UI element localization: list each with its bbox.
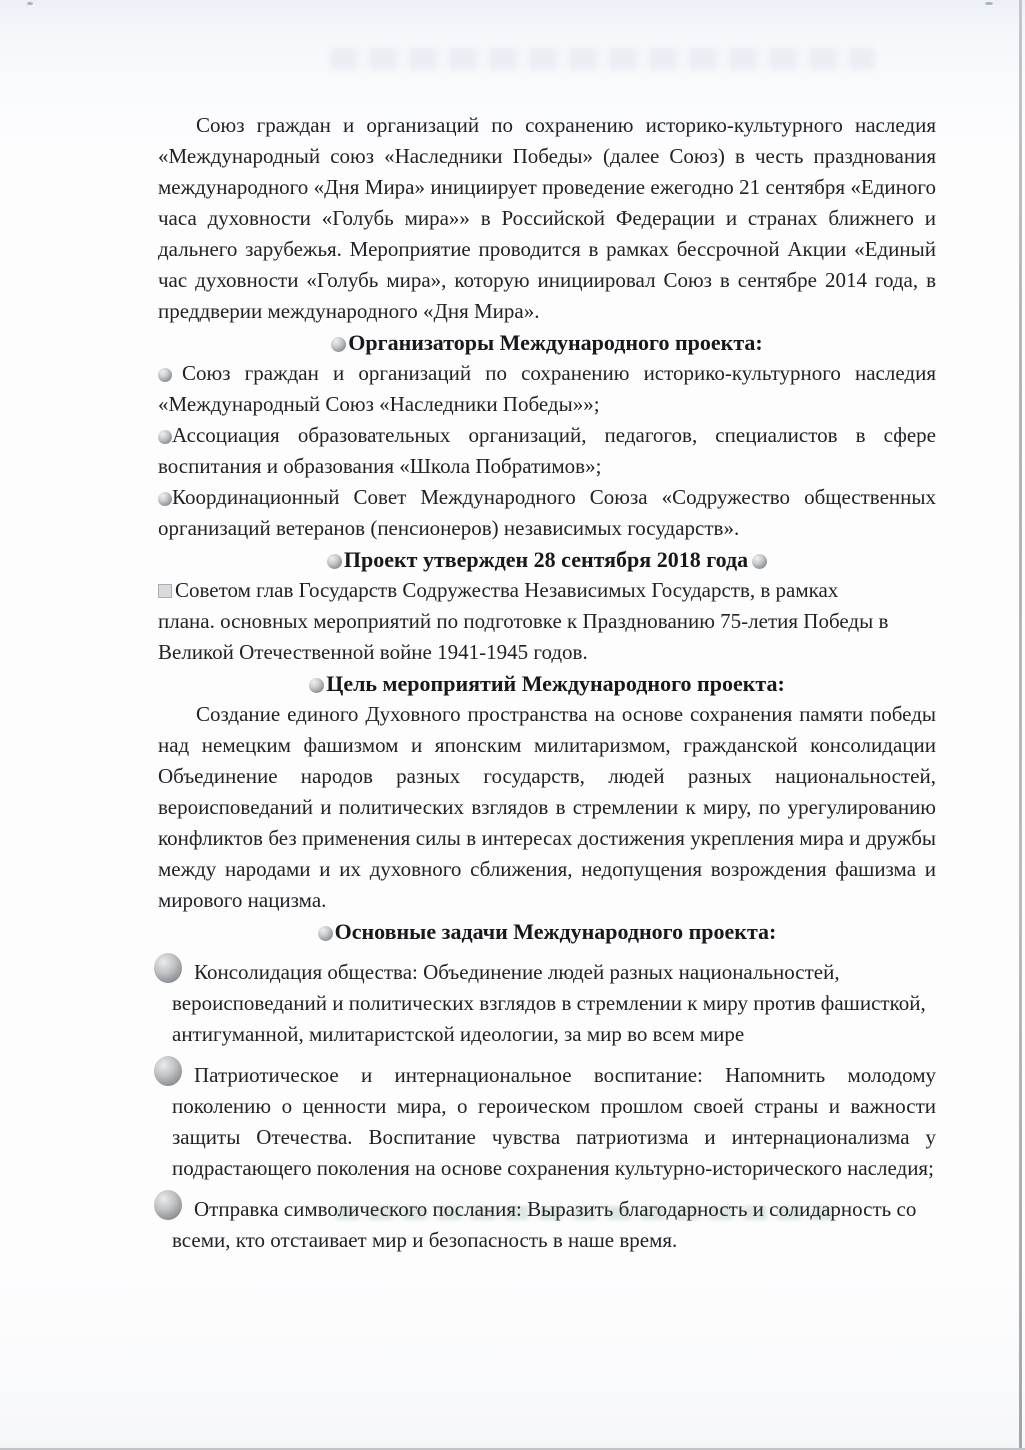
organizer-list-item: Союз граждан и организаций по сохранению… <box>158 358 936 420</box>
goal-paragraph: Создание единого Духовного пространства … <box>158 699 936 916</box>
task-list-item: Патриотическое и интернациональное воспи… <box>172 1060 936 1184</box>
task-item-text: Отправка символического послания: Вырази… <box>172 1194 936 1256</box>
task-list-item: Консолидация общества: Объединение людей… <box>172 957 936 1050</box>
organizer-item-text: Ассоциация образовательных организаций, … <box>158 423 936 478</box>
approval-paragraph: Советом глав Государств Содружества Неза… <box>158 575 898 668</box>
ghost-text-smudge-top <box>330 48 875 70</box>
scan-edge-line-right <box>1019 0 1022 1450</box>
task-item-text: Консолидация общества: Объединение людей… <box>172 957 936 1050</box>
organizers-heading: Организаторы Международного проекта: <box>158 327 936 358</box>
approval-paragraph-text: Советом глав Государств Содружества Неза… <box>158 578 888 664</box>
task-item-text: Патриотическое и интернациональное воспи… <box>172 1060 936 1184</box>
intro-paragraph: Союз граждан и организаций по сохранению… <box>158 110 936 327</box>
approval-heading: Проект утвержден 28 сентября 2018 года <box>158 544 936 575</box>
sphere-bullet-icon <box>154 1056 182 1086</box>
organizer-list-item: Ассоциация образовательных организаций, … <box>158 420 936 482</box>
organizer-item-text: Координационный Совет Международного Сою… <box>158 485 936 540</box>
scan-speck-top-left <box>27 2 33 5</box>
scanned-document-page: Союз граждан и организаций по сохранению… <box>0 0 1025 1450</box>
document-body: Союз граждан и организаций по сохранению… <box>158 110 936 1256</box>
goal-heading-label: Цель мероприятий Международного проекта: <box>326 671 785 696</box>
organizers-heading-label: Организаторы Международного проекта: <box>348 330 763 355</box>
sphere-bullet-icon <box>154 953 182 983</box>
scan-speck-top-right <box>985 2 993 5</box>
sphere-bullet-icon <box>158 368 172 382</box>
organizer-list-item: Координационный Совет Международного Сою… <box>158 482 936 544</box>
tasks-heading: Основные задачи Международного проекта: <box>158 916 936 947</box>
sphere-bullet-icon <box>752 554 767 569</box>
sphere-bullet-icon <box>331 337 346 352</box>
square-bullet-icon <box>158 584 172 598</box>
goal-heading: Цель мероприятий Международного проекта: <box>158 668 936 699</box>
sphere-bullet-icon <box>158 430 172 444</box>
organizer-item-text: Союз граждан и организаций по сохранению… <box>158 361 936 416</box>
sphere-bullet-icon <box>327 554 342 569</box>
sphere-bullet-icon <box>158 492 172 506</box>
sphere-bullet-icon <box>309 678 324 693</box>
sphere-bullet-icon <box>318 926 333 941</box>
tasks-heading-label: Основные задачи Международного проекта: <box>335 919 777 944</box>
approval-heading-label: Проект утвержден 28 сентября 2018 года <box>344 547 748 572</box>
sphere-bullet-icon <box>154 1190 182 1220</box>
task-list-item: Отправка символического послания: Вырази… <box>172 1194 936 1256</box>
